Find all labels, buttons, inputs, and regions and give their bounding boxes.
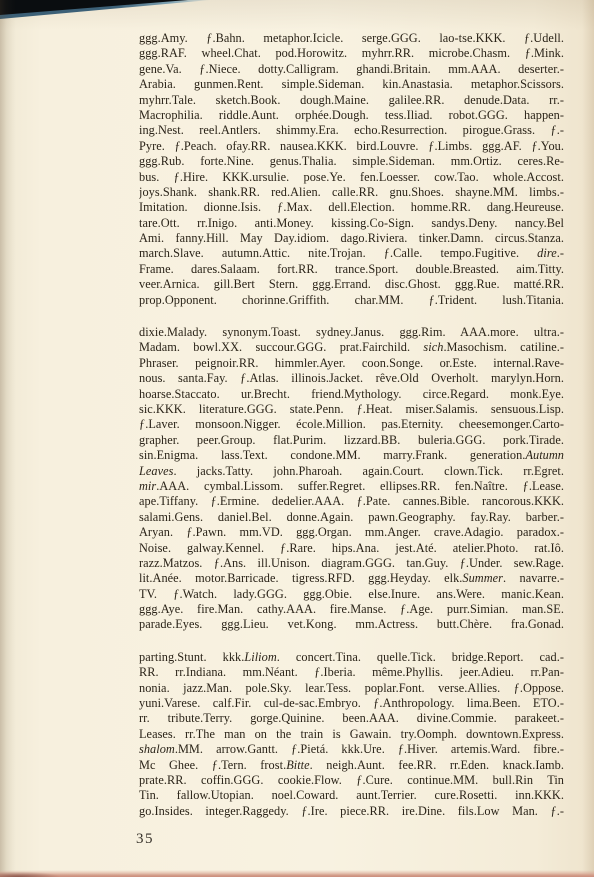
text-line: ggg.Aye. fire.Man. cathy.AAA. fire.Manse… [139, 602, 564, 617]
text-line: Tin. fallow.Utopian. noel.Coward. aunt.T… [139, 788, 564, 803]
text-line: prate.RR. coffin.GGG. cookie.Flow. ƒ.Cur… [139, 773, 564, 788]
text-line: Leases. rr.The man on the train is Gawai… [139, 727, 564, 742]
text-line: grapher. peer.Group. flat.Purim. lizzard… [139, 433, 564, 448]
text-line: Arabia. gunmen.Rent. simple.Sideman. kin… [139, 77, 564, 92]
page-bottom-edge [0, 870, 594, 877]
text-line: Mc Ghee. ƒ.Tern. frost.Bitte. neigh.Aunt… [139, 758, 564, 773]
text-line: go.Insides. integer.Raggedy. ƒ.Ire. piec… [139, 804, 564, 819]
text-line: parade.Eyes. ggg.Lieu. vet.Kong. mm.Actr… [139, 617, 564, 632]
text-line: parting.Stunt. kkk.Liliom. concert.Tina.… [139, 650, 564, 665]
text-line: hoarse.Staccato. ur.Brecht. friend.Mytho… [139, 387, 564, 402]
paragraph: dixie.Malady. synonym.Toast. sydney.Janu… [139, 325, 564, 633]
text-line: salami.Gens. daniel.Bel. donne.Again. pa… [139, 510, 564, 525]
text-line: sic.KKK. literature.GGG. state.Penn. ƒ.H… [139, 402, 564, 417]
text-line: ggg.Rub. forte.Nine. genus.Thalia. simpl… [139, 154, 564, 169]
page-number: 35 [136, 831, 154, 848]
paragraph: parting.Stunt. kkk.Liliom. concert.Tina.… [139, 650, 564, 819]
text-line: dixie.Malady. synonym.Toast. sydney.Janu… [139, 325, 564, 340]
text-line: RR. rr.Indiana. mm.Néant. ƒ.Iberia. même… [139, 665, 564, 680]
page-gutter-shadow [0, 0, 16, 877]
text-line: Aryan. ƒ.Pawn. mm.VD. ggg.Organ. mm.Ange… [139, 525, 564, 540]
text-line: prop.Opponent. chorinne.Griffith. char.M… [139, 293, 564, 308]
text-line: Ami. fanny.Hill. May Day.idiom. dago.Riv… [139, 231, 564, 246]
text-line: ƒ.Laver. monsoon.Nigger. école.Million. … [139, 417, 564, 432]
paragraph: ggg.Amy. ƒ.Bahn. metaphor.Icicle. serge.… [139, 31, 564, 308]
page-text-block: ggg.Amy. ƒ.Bahn. metaphor.Icicle. serge.… [139, 31, 564, 819]
text-line: ape.Tiffany. ƒ.Ermine. dedelier.AAA. ƒ.P… [139, 494, 564, 509]
text-line: mir.AAA. cymbal.Lissom. suffer.Regret. e… [139, 479, 564, 494]
text-line: ggg.RAF. wheel.Chat. pod.Horowitz. myhrr… [139, 46, 564, 61]
text-line: gene.Va. ƒ.Niece. dotty.Calligram. ghand… [139, 62, 564, 77]
text-line: ggg.Amy. ƒ.Bahn. metaphor.Icicle. serge.… [139, 31, 564, 46]
text-line: Macrophilia. riddle.Aunt. orphée.Dough. … [139, 108, 564, 123]
page-right-edge-shade [582, 0, 594, 877]
text-line: joys.Shank. shank.RR. red.Alien. calle.R… [139, 185, 564, 200]
text-line: Phraser. peignoir.RR. himmler.Ayer. coon… [139, 356, 564, 371]
text-line: Frame. dares.Salaam. fort.RR. trance.Spo… [139, 262, 564, 277]
book-page: ggg.Amy. ƒ.Bahn. metaphor.Icicle. serge.… [0, 0, 594, 877]
text-line: myhrr.Tale. sketch.Book. dough.Maine. ga… [139, 93, 564, 108]
text-line: march.Slave. autumn.Attic. nite.Trojan. … [139, 246, 564, 261]
text-line: Noise. galway.Kennel. ƒ.Rare. hips.Ana. … [139, 541, 564, 556]
text-line: veer.Arnica. gill.Bert Stern. ggg.Errand… [139, 277, 564, 292]
text-line: nonia. jazz.Man. pole.Sky. lear.Tess. po… [139, 681, 564, 696]
text-line: rr. tribute.Terry. gorge.Quinine. been.A… [139, 711, 564, 726]
text-line: Madam. bowl.XX. succour.GGG. prat.Fairch… [139, 340, 564, 355]
text-line: Imitation. dionne.Isis. ƒ.Max. dell.Elec… [139, 200, 564, 215]
text-line: lit.Anée. motor.Barricade. tigress.RFD. … [139, 571, 564, 586]
text-line: yuni.Varese. calf.Fir. cul-de-sac.Embryo… [139, 696, 564, 711]
text-line: razz.Matzos. ƒ.Ans. ill.Unison. diagram.… [139, 556, 564, 571]
text-line: tare.Ott. rr.Inigo. anti.Money. kissing.… [139, 216, 564, 231]
text-line: bus. ƒ.Hire. KKK.ursulie. pose.Ye. fen.L… [139, 170, 564, 185]
text-line: sin.Enigma. lass.Text. condone.MM. marry… [139, 448, 564, 463]
text-line: Leaves. jacks.Tatty. john.Pharoah. again… [139, 464, 564, 479]
text-line: ing.Nest. reel.Antlers. shimmy.Era. echo… [139, 123, 564, 138]
text-line: TV. ƒ.Watch. lady.GGG. ggg.Obie. else.In… [139, 587, 564, 602]
text-line: shalom.MM. arrow.Gantt. ƒ.Pietá. kkk.Ure… [139, 742, 564, 757]
text-line: nous. santa.Fay. ƒ.Atlas. illinois.Jacke… [139, 371, 564, 386]
text-line: Pyre. ƒ.Peach. ofay.RR. nausea.KKK. bird… [139, 139, 564, 154]
